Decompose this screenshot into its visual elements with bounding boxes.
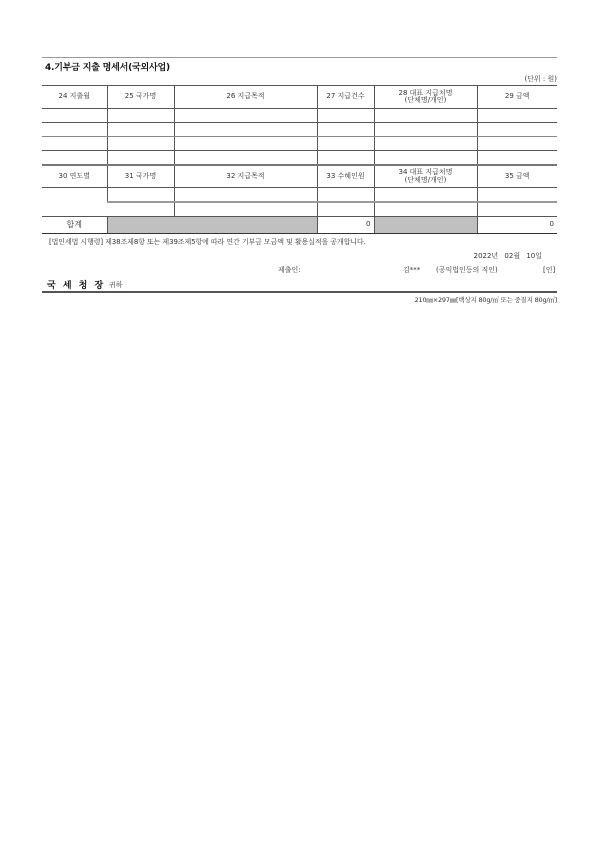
total-shaded-cell bbox=[107, 217, 317, 234]
submitter-label: 제출인: bbox=[278, 265, 301, 275]
table-row bbox=[42, 188, 557, 203]
table2-header-row: 30 연도별 31 국가명 32 지급목적 33 수혜인원 34 대표 지급처명… bbox=[42, 165, 557, 188]
date-day: 10일 bbox=[526, 252, 542, 260]
header-payment-purpose: 32 지급목적 bbox=[174, 165, 317, 188]
header-expense-month: 24 지출월 bbox=[42, 86, 107, 109]
donation-expenditure-table: 24 지출월 25 국가명 26 지급목적 27 지급건수 28 대표 지급처명… bbox=[42, 85, 557, 234]
cell-payment-count[interactable] bbox=[317, 109, 374, 123]
submitter-role: (공익법인등의 직인) bbox=[436, 265, 498, 275]
cell-payment-purpose[interactable] bbox=[174, 202, 317, 217]
cell-amount[interactable] bbox=[477, 109, 557, 123]
cell-main-recipient[interactable] bbox=[374, 137, 477, 151]
cell-main-recipient[interactable] bbox=[374, 109, 477, 123]
header-amount: 29 금액 bbox=[477, 86, 557, 109]
header-country-name: 25 국가명 bbox=[107, 86, 174, 109]
top-rule bbox=[42, 57, 557, 58]
header-country-name: 31 국가명 bbox=[107, 165, 174, 188]
recipient-name: 국 세 청 장 bbox=[47, 278, 105, 291]
total-label: 합계 bbox=[42, 217, 107, 234]
total-row: 합계 0 0 bbox=[42, 217, 557, 234]
header-main-recipient-line2: (단체명/개인) bbox=[375, 177, 477, 184]
header-by-year: 30 연도별 bbox=[42, 165, 107, 188]
seal-mark: [인] bbox=[543, 265, 555, 275]
cell-beneficiaries[interactable] bbox=[317, 188, 374, 203]
submitter-name: 김*** bbox=[403, 265, 420, 275]
legal-notice: [법인세법 시행령] 제38조제8항 또는 제39조제5항에 따라 연간 기부금… bbox=[49, 237, 366, 247]
unit-label: (단위 : 원) bbox=[524, 74, 557, 84]
cell-main-recipient[interactable] bbox=[374, 123, 477, 137]
cell-country-name[interactable] bbox=[107, 137, 174, 151]
cell-payment-purpose[interactable] bbox=[174, 137, 317, 151]
cell-main-recipient[interactable] bbox=[374, 202, 477, 217]
table-row bbox=[42, 123, 557, 137]
cell-main-recipient[interactable] bbox=[374, 151, 477, 166]
table-row bbox=[42, 151, 557, 166]
cell-expense-month[interactable] bbox=[42, 123, 107, 137]
cell-payment-purpose[interactable] bbox=[174, 109, 317, 123]
cell-country-name[interactable] bbox=[107, 123, 174, 137]
table-row bbox=[42, 137, 557, 151]
header-beneficiaries: 33 수혜인원 bbox=[317, 165, 374, 188]
submission-date: 2022년 02월 10일 bbox=[474, 251, 542, 261]
cell-amount[interactable] bbox=[477, 137, 557, 151]
table-row bbox=[42, 109, 557, 123]
cell-main-recipient[interactable] bbox=[374, 188, 477, 203]
header-payment-count: 27 지급건수 bbox=[317, 86, 374, 109]
cell-payment-purpose[interactable] bbox=[174, 188, 317, 203]
cell-country-name[interactable] bbox=[107, 151, 174, 166]
total-amount: 0 bbox=[477, 217, 557, 234]
cell-amount[interactable] bbox=[477, 202, 557, 217]
cell-amount[interactable] bbox=[477, 123, 557, 137]
cell-country-name[interactable] bbox=[107, 109, 174, 123]
header-main-recipient: 34 대표 지급처명 (단체명/개인) bbox=[374, 165, 477, 188]
cell-country-name[interactable] bbox=[107, 188, 174, 203]
total-shaded-cell bbox=[374, 217, 477, 234]
cell-payment-count[interactable] bbox=[317, 151, 374, 166]
cell-expense-month[interactable] bbox=[42, 137, 107, 151]
date-month: 02월 bbox=[504, 252, 520, 260]
cell-country-name[interactable] bbox=[107, 202, 174, 217]
cell-beneficiaries[interactable] bbox=[317, 202, 374, 217]
cell-amount[interactable] bbox=[477, 151, 557, 166]
header-payment-purpose: 26 지급목적 bbox=[174, 86, 317, 109]
bottom-rule bbox=[42, 291, 557, 293]
date-year: 2022년 bbox=[474, 252, 499, 260]
cell-by-year[interactable] bbox=[42, 188, 107, 217]
table-row bbox=[42, 202, 557, 217]
cell-amount[interactable] bbox=[477, 188, 557, 203]
header-amount: 35 금액 bbox=[477, 165, 557, 188]
section-title: 4.기부금 지출 명세서(국외사업) bbox=[45, 60, 170, 73]
header-main-recipient: 28 대표 지급처명 (단체명/개인) bbox=[374, 86, 477, 109]
cell-payment-count[interactable] bbox=[317, 137, 374, 151]
paper-spec: 210㎜×297㎜[백상지 80g/㎡ 또는 중질지 80g/㎡] bbox=[415, 295, 557, 304]
table1-header-row: 24 지출월 25 국가명 26 지급목적 27 지급건수 28 대표 지급처명… bbox=[42, 86, 557, 109]
cell-payment-count[interactable] bbox=[317, 123, 374, 137]
cell-payment-purpose[interactable] bbox=[174, 123, 317, 137]
cell-expense-month[interactable] bbox=[42, 151, 107, 166]
header-main-recipient-line2: (단체명/개인) bbox=[375, 97, 477, 104]
recipient-suffix: 귀하 bbox=[109, 280, 123, 290]
total-count: 0 bbox=[317, 217, 374, 234]
cell-payment-purpose[interactable] bbox=[174, 151, 317, 166]
cell-expense-month[interactable] bbox=[42, 109, 107, 123]
